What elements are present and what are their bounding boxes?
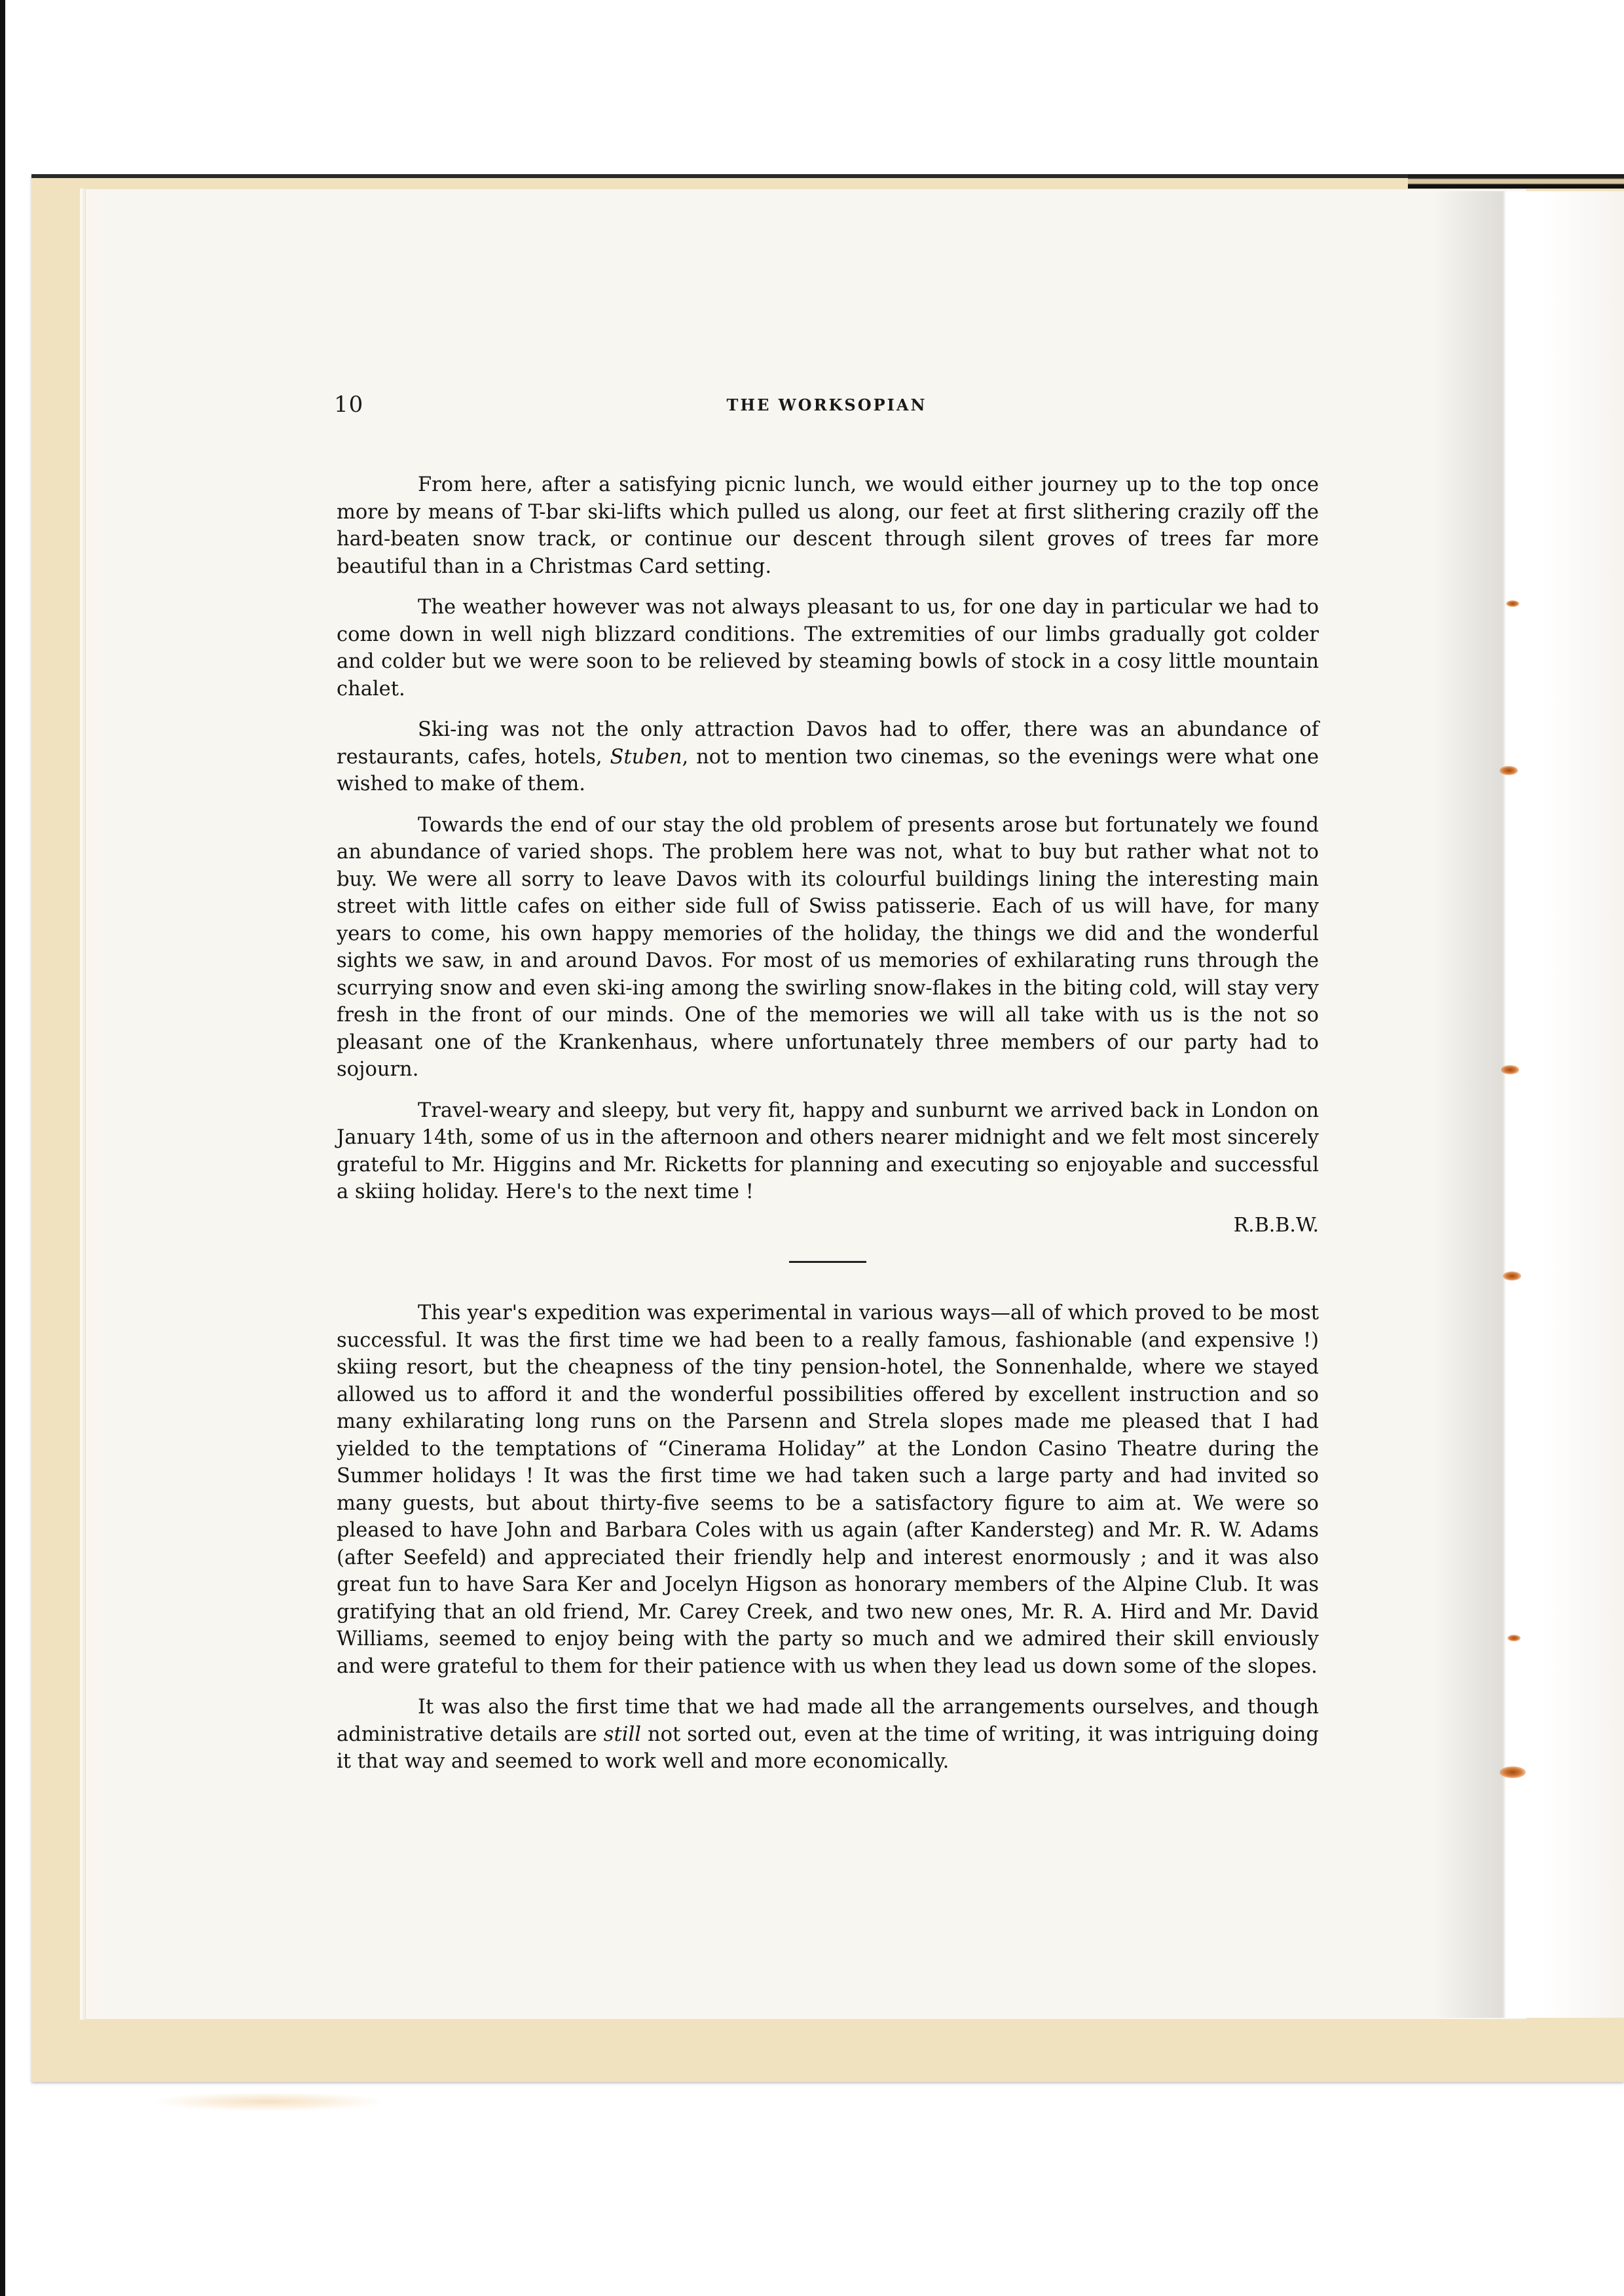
rust-spot [1506,600,1519,607]
rust-spot [1500,766,1518,775]
rust-spot [1501,1065,1519,1074]
paragraph: Travel-weary and sleepy, but very fit, h… [337,1097,1319,1206]
cover-spine-edge [1408,174,1624,189]
italic-term: Stuben [610,746,682,769]
rust-spot [1507,1635,1521,1641]
gutter-shadow [1434,191,1506,2018]
italic-term: still [604,1723,641,1746]
page-header: 10 THE WORKSOPIAN [334,392,1319,424]
paragraph: Towards the end of our stay the old prob… [337,812,1319,1084]
paragraph: Ski-ing was not the only attraction Davo… [337,716,1319,798]
running-title: THE WORKSOPIAN [334,395,1319,414]
rust-spot [1503,1271,1521,1281]
paragraph: This year's expedition was experimental … [337,1300,1319,1680]
paragraph: From here, after a satisfying picnic lun… [337,471,1319,580]
author-signature: R.B.B.W. [337,1212,1319,1239]
facing-page-edge [1506,191,1624,2018]
rust-spot [1500,1766,1526,1778]
water-stain [151,2092,386,2111]
scan-edge [0,0,5,2296]
section-divider [789,1261,866,1263]
article-body: From here, after a satisfying picnic lun… [337,471,1319,1789]
paragraph: The weather however was not always pleas… [337,594,1319,702]
paragraph: It was also the first time that we had m… [337,1694,1319,1776]
